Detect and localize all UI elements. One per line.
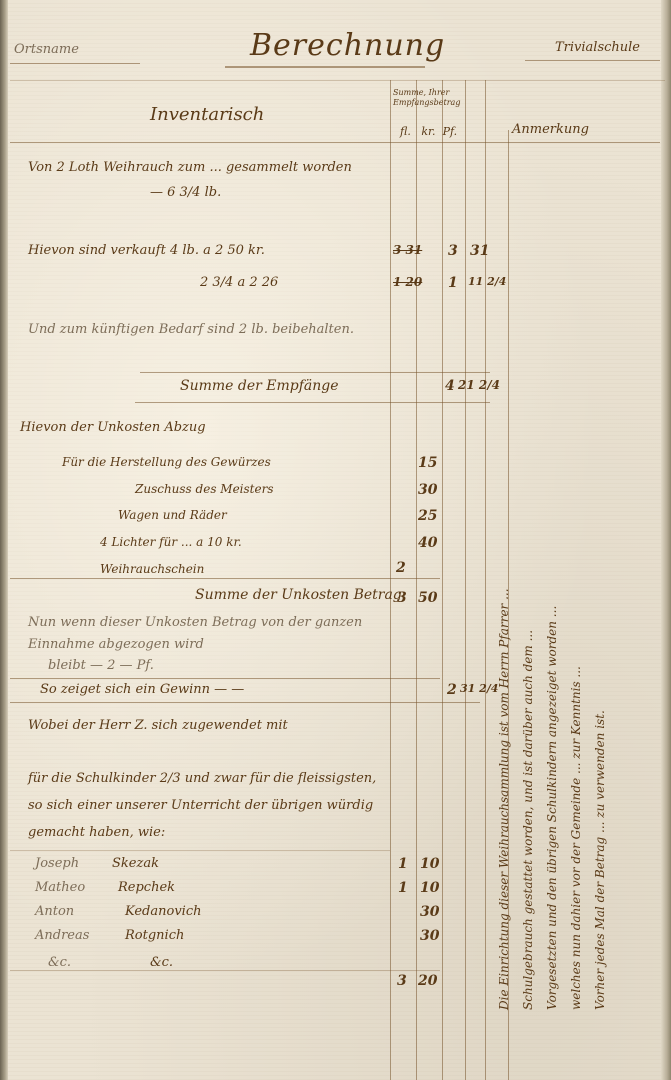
deductions-sum-kr: 50 xyxy=(418,590,437,606)
page-right-edge xyxy=(661,0,671,1080)
deduction-kr: 25 xyxy=(418,508,437,524)
column-rule xyxy=(390,80,391,1080)
money-header-line1: Summe, Ihrer xyxy=(393,88,460,98)
entry-text: Von 2 Loth Weihrauch zum ... gesammelt w… xyxy=(28,160,352,175)
column-header-money: Summe, Ihrer Empfangsbetrag xyxy=(393,88,460,108)
corner-right-label: Trivialschule xyxy=(555,40,640,55)
rule xyxy=(10,80,665,81)
entry-text: Hievon sind verkauft 4 lb. a 2 50 kr. xyxy=(28,243,265,258)
margin-line: Schulgebrauch gestattet worden, und ist … xyxy=(516,140,540,1010)
name-last: Repchek xyxy=(118,880,175,895)
name-last: Kedanovich xyxy=(125,904,201,919)
deduction-item: Wagen und Räder xyxy=(118,508,227,522)
name-first: Andreas xyxy=(35,928,89,943)
grand-total-fl: 3 xyxy=(397,973,407,989)
book-binding-edge xyxy=(0,0,8,1080)
rule xyxy=(10,63,140,64)
sum-fl: 4 xyxy=(445,378,455,394)
column-rule xyxy=(465,80,466,1080)
unit-pf: Pf. xyxy=(443,125,458,138)
deductions-sum-fl: 3 xyxy=(397,590,407,606)
list-end-mark: &c. xyxy=(48,955,71,970)
name-first: Joseph xyxy=(35,856,79,871)
rule xyxy=(10,970,440,971)
column-rule xyxy=(485,80,486,1080)
value-kr: 31 xyxy=(470,243,489,259)
margin-remarks: Die Einrichtung dieser Weihrauchsammlung… xyxy=(492,140,612,1010)
rule xyxy=(10,578,440,579)
rule xyxy=(10,702,480,703)
profit-fl: 2 xyxy=(447,682,457,698)
deduction-item: 4 Lichter für ... a 10 kr. xyxy=(100,535,242,549)
ledger-page: Ortsname Berechnung Trivialschule Invent… xyxy=(0,0,671,1080)
column-rule xyxy=(442,80,443,1080)
margin-line: Die Einrichtung dieser Weihrauchsammlung… xyxy=(492,140,516,1010)
money-units: fl. kr. Pf. xyxy=(400,125,457,138)
unit-kr: kr. xyxy=(421,125,435,138)
rule xyxy=(10,678,440,679)
name-kr: 10 xyxy=(420,880,439,896)
name-kr: 10 xyxy=(420,856,439,872)
value-fl: 1 xyxy=(448,275,458,291)
corner-left-label: Ortsname xyxy=(14,42,79,57)
name-first: Matheo xyxy=(35,880,85,895)
deductions-sum-label: Summe der Unkosten Betrag xyxy=(195,587,402,603)
rule xyxy=(10,850,390,851)
deductions-heading: Hievon der Unkosten Abzug xyxy=(20,420,206,435)
deduction-kr: 30 xyxy=(418,482,437,498)
name-kr: 30 xyxy=(420,928,439,944)
deduction-kr: 15 xyxy=(418,455,437,471)
title-underline xyxy=(225,66,425,68)
margin-line: Vorher jedes Mal der Betrag ... zu verwe… xyxy=(588,140,612,1010)
deduction-kr: 40 xyxy=(418,535,437,551)
list-end-mark: &c. xyxy=(150,955,173,970)
rule xyxy=(135,402,490,403)
rule xyxy=(525,60,660,61)
sum-label: Summe der Empfänge xyxy=(180,378,339,394)
entry-subtext: — 6 3/4 lb. xyxy=(150,185,221,200)
struck-value: 1 20 xyxy=(393,275,422,289)
name-first: Anton xyxy=(35,904,74,919)
margin-line: Vorgesetzten und den übrigen Schulkinder… xyxy=(540,140,564,1010)
name-last: Rotgnich xyxy=(125,928,184,943)
profit-label: So zeiget sich ein Gewinn — — xyxy=(40,682,244,697)
struck-value: 3 31 xyxy=(393,243,422,257)
deduction-fl: 2 xyxy=(396,560,406,576)
column-rule xyxy=(416,80,417,1080)
name-last: Skezak xyxy=(112,856,159,871)
deduction-item: Für die Herstellung des Gewürzes xyxy=(62,455,271,469)
margin-line: welches nun dahier vor der Gemeinde ... … xyxy=(564,140,588,1010)
grand-total-kr: 20 xyxy=(418,973,437,989)
note-text: bleibt — 2 — Pf. xyxy=(48,658,154,673)
name-fl: 1 xyxy=(398,880,408,896)
entry-text: Und zum künftigen Bedarf sind 2 lb. beib… xyxy=(28,318,378,342)
column-header-remarks: Anmerkung xyxy=(512,122,589,137)
unit-fl: fl. xyxy=(400,125,411,138)
money-header-line2: Empfangsbetrag xyxy=(393,98,460,108)
deduction-item: Zuschuss des Meisters xyxy=(135,482,274,496)
name-fl: 1 xyxy=(398,856,408,872)
rule xyxy=(140,372,490,373)
note-text: Nun wenn dieser Unkosten Betrag von der … xyxy=(28,612,383,656)
name-kr: 30 xyxy=(420,904,439,920)
deduction-item: Weihrauchschein xyxy=(100,562,204,576)
note-text: Wobei der Herr Z. sich zugewendet mit xyxy=(28,718,288,733)
entry-text: 2 3/4 a 2 26 xyxy=(200,275,278,290)
column-header-description: Inventarisch xyxy=(150,104,264,125)
note-text: für die Schulkinder 2/3 und zwar für die… xyxy=(28,765,383,846)
value-fl: 3 xyxy=(448,243,458,259)
page-title: Berechnung xyxy=(250,28,445,63)
